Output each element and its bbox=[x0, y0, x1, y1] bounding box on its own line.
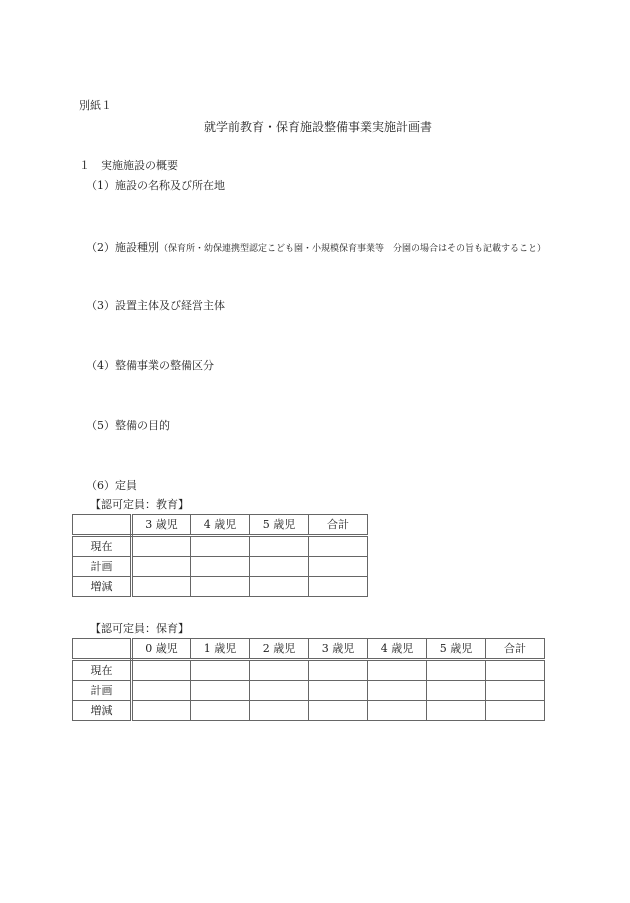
table-cell[interactable] bbox=[486, 701, 545, 721]
item-purpose: （5）整備の目的 bbox=[86, 417, 170, 433]
header-cell: 3 歳児 bbox=[309, 639, 368, 660]
table-cell[interactable] bbox=[250, 577, 309, 597]
table-cell[interactable] bbox=[486, 660, 545, 681]
childcare-capacity-table: 0 歳児 1 歳児 2 歳児 3 歳児 4 歳児 5 歳児 合計 現在 計画 bbox=[72, 638, 545, 721]
item-classification: （4）整備事業の整備区分 bbox=[86, 357, 214, 373]
item-facility-type: （2）施設種別（保育所・幼保連携型認定こども園・小規模保育事業等 分園の場合はそ… bbox=[86, 236, 546, 255]
table-cell[interactable] bbox=[250, 660, 309, 681]
table-cell[interactable] bbox=[132, 701, 191, 721]
row-label: 増減 bbox=[73, 577, 132, 597]
item-capacity: （6）定員 bbox=[86, 477, 137, 493]
row-label: 計画 bbox=[73, 681, 132, 701]
table-cell[interactable] bbox=[191, 557, 250, 577]
table-cell[interactable] bbox=[309, 557, 368, 577]
table-cell[interactable] bbox=[250, 701, 309, 721]
header-cell: 3 歳児 bbox=[132, 515, 191, 536]
table-cell[interactable] bbox=[309, 577, 368, 597]
header-cell: 合計 bbox=[309, 515, 368, 536]
table-cell[interactable] bbox=[250, 536, 309, 557]
row-label: 増減 bbox=[73, 701, 132, 721]
item-operator: （3）設置主体及び経営主体 bbox=[86, 297, 225, 313]
table-cell[interactable] bbox=[368, 701, 427, 721]
table-cell[interactable] bbox=[191, 701, 250, 721]
header-cell bbox=[73, 639, 132, 660]
table-cell[interactable] bbox=[368, 681, 427, 701]
table-header-row: 0 歳児 1 歳児 2 歳児 3 歳児 4 歳児 5 歳児 合計 bbox=[73, 639, 545, 660]
header-cell: 0 歳児 bbox=[132, 639, 191, 660]
table-cell[interactable] bbox=[309, 701, 368, 721]
table-cell[interactable] bbox=[368, 660, 427, 681]
childcare-caption: 【認可定員：保育】 bbox=[90, 620, 189, 636]
attachment-label: 別紙１ bbox=[79, 97, 112, 113]
table-row: 計画 bbox=[73, 557, 368, 577]
education-capacity-table: 3 歳児 4 歳児 5 歳児 合計 現在 計画 増減 bbox=[72, 514, 368, 597]
header-cell: 2 歳児 bbox=[250, 639, 309, 660]
table-cell[interactable] bbox=[427, 660, 486, 681]
table-cell[interactable] bbox=[191, 681, 250, 701]
table-cell[interactable] bbox=[309, 660, 368, 681]
table-cell[interactable] bbox=[309, 536, 368, 557]
header-cell: 4 歳児 bbox=[368, 639, 427, 660]
table-cell[interactable] bbox=[191, 660, 250, 681]
table-cell[interactable] bbox=[427, 681, 486, 701]
header-cell: 合計 bbox=[486, 639, 545, 660]
row-label: 現在 bbox=[73, 536, 132, 557]
header-cell: 5 歳児 bbox=[427, 639, 486, 660]
section-heading: １ 実施施設の概要 bbox=[79, 157, 178, 173]
table-row: 増減 bbox=[73, 577, 368, 597]
table-cell[interactable] bbox=[427, 701, 486, 721]
item-facility-name: （1）施設の名称及び所在地 bbox=[86, 177, 225, 193]
table-cell[interactable] bbox=[191, 577, 250, 597]
row-label: 現在 bbox=[73, 660, 132, 681]
table-header-row: 3 歳児 4 歳児 5 歳児 合計 bbox=[73, 515, 368, 536]
header-cell: 4 歳児 bbox=[191, 515, 250, 536]
item-facility-type-label: （2）施設種別 bbox=[86, 241, 159, 254]
item-facility-type-note: （保育所・幼保連携型認定こども園・小規模保育事業等 分園の場合はその旨も記載する… bbox=[159, 244, 546, 254]
table-cell[interactable] bbox=[486, 681, 545, 701]
table-cell[interactable] bbox=[132, 681, 191, 701]
table-row: 現在 bbox=[73, 660, 545, 681]
row-label: 計画 bbox=[73, 557, 132, 577]
table-cell[interactable] bbox=[250, 681, 309, 701]
table-cell[interactable] bbox=[132, 536, 191, 557]
table-cell[interactable] bbox=[132, 660, 191, 681]
table-row: 増減 bbox=[73, 701, 545, 721]
table-row: 計画 bbox=[73, 681, 545, 701]
table-row: 現在 bbox=[73, 536, 368, 557]
education-caption: 【認可定員：教育】 bbox=[90, 496, 189, 512]
header-cell: 5 歳児 bbox=[250, 515, 309, 536]
header-cell: 1 歳児 bbox=[191, 639, 250, 660]
header-cell bbox=[73, 515, 132, 536]
document-title: 就学前教育・保育施設整備事業実施計画書 bbox=[204, 118, 432, 135]
table-cell[interactable] bbox=[191, 536, 250, 557]
table-cell[interactable] bbox=[250, 557, 309, 577]
table-cell[interactable] bbox=[132, 557, 191, 577]
table-cell[interactable] bbox=[309, 681, 368, 701]
table-cell[interactable] bbox=[132, 577, 191, 597]
